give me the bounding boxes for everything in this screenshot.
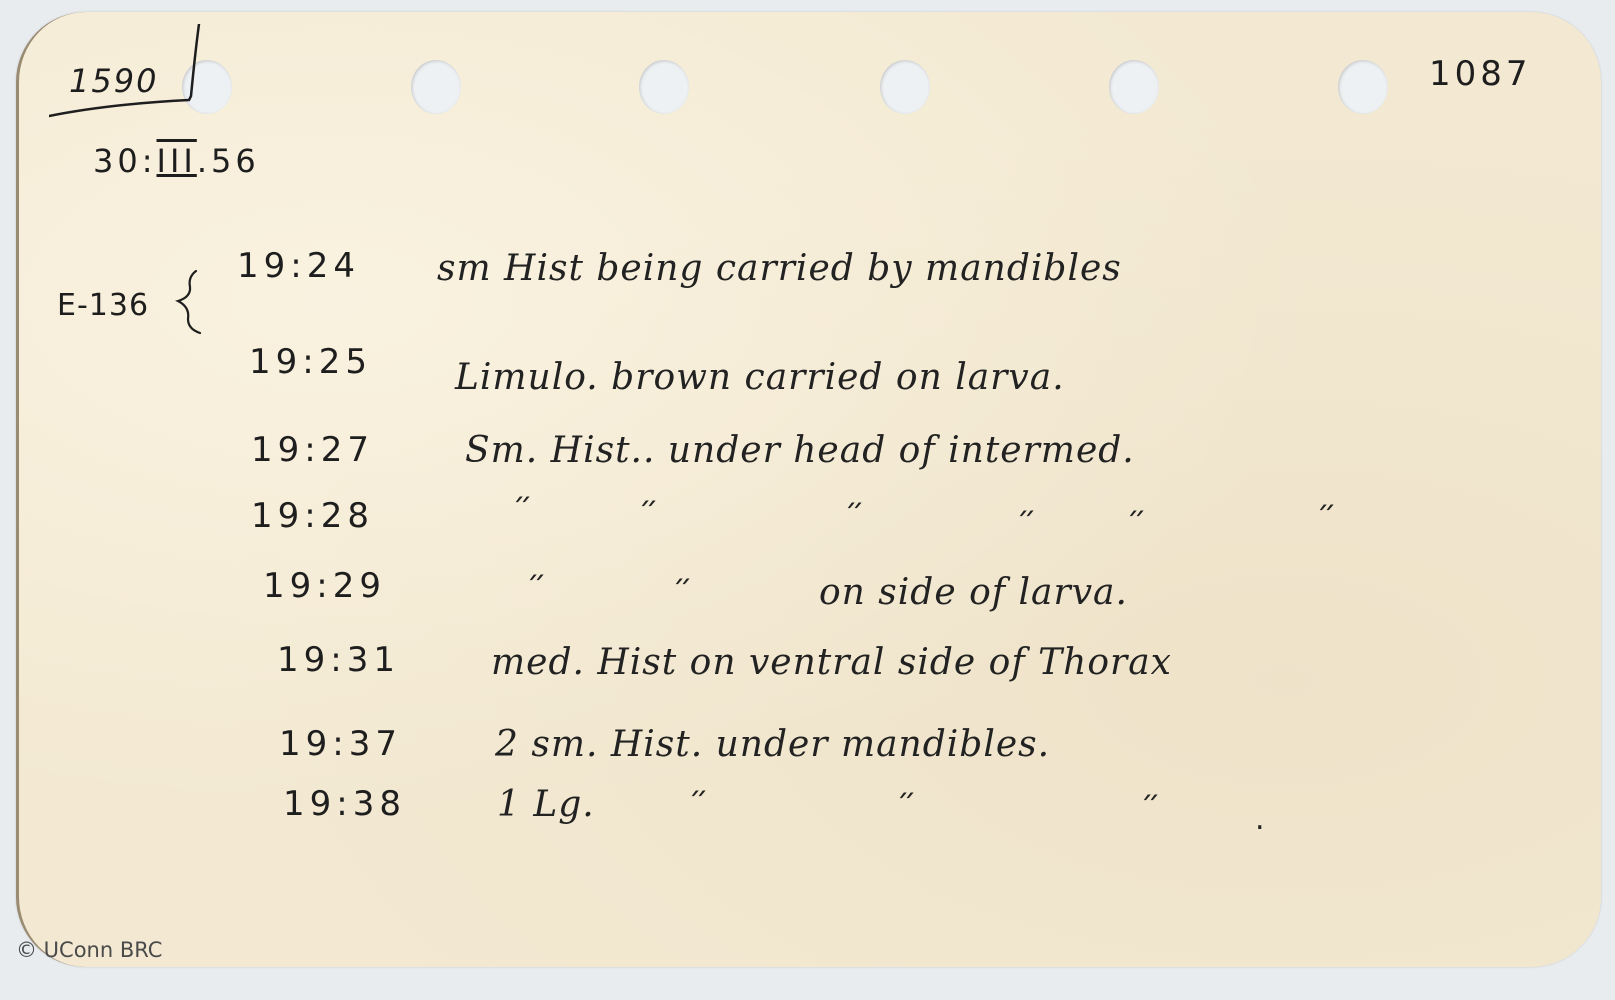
entry-time: 19:25 [249,342,372,382]
date-day: 30 [93,142,142,180]
ditto-mark: ״ [1317,494,1336,529]
ditto-mark: ״ [527,564,546,599]
punch-hole [1109,60,1159,114]
entry-time: 19:27 [251,430,374,470]
entry-text-partial: on side of larva. [819,572,1128,613]
entry-text: med. Hist on ventral side of Thorax [491,642,1172,683]
entry-text-partial: 1 Lg. [497,784,595,825]
entry-time: 19:37 [279,724,402,764]
ditto-mark: ״ [513,486,532,521]
ditto-mark: ״ [1141,784,1160,819]
punch-hole [639,60,689,114]
specimen-code: E-136 [57,288,149,323]
ditto-mark: ״ [845,492,864,527]
brace-icon [174,267,204,337]
entry-text: sm Hist being carried by mandibles [437,248,1122,289]
entry-time: 19:24 [237,246,360,286]
ditto-mark: ״ [1127,500,1146,535]
entry-time: 19:38 [283,784,406,824]
copyright-watermark: © UConn BRC [16,938,162,962]
entry-time: 19:29 [263,566,386,606]
ditto-mark: ״ [639,490,658,525]
date-year: .56 [197,142,260,180]
date: 30:III.56 [93,142,260,180]
date-month: III [157,142,197,180]
punch-hole [411,60,461,114]
entry-text: Sm. Hist.. under head of intermed. [465,430,1135,471]
ditto-mark: . [1255,802,1265,837]
ditto-mark: ״ [689,780,708,815]
card-id: 1087 [1429,54,1532,94]
punch-hole [1338,60,1388,114]
ditto-mark: ״ [1017,500,1036,535]
index-card: 1590 1087 30:III.56 E-136 19:24 sm Hist … [16,12,1601,967]
entry-time: 19:31 [277,640,400,680]
scanned-document: 1590 1087 30:III.56 E-136 19:24 sm Hist … [0,0,1615,1000]
entry-text: 2 sm. Hist. under mandibles. [495,724,1050,765]
catalog-number: 1590 [69,62,158,100]
entry-time: 19:28 [251,496,374,536]
ditto-mark: ״ [897,782,916,817]
date-separator: : [142,142,157,180]
ditto-mark: ״ [673,568,692,603]
punch-hole [880,60,930,114]
entry-text: Limulo. brown carried on larva. [455,357,1065,398]
